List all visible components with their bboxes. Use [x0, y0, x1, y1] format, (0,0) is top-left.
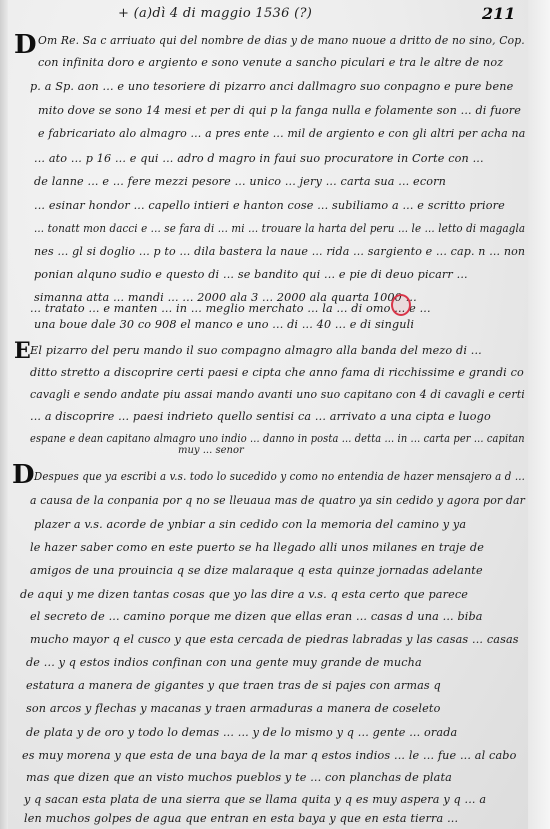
p1-line: una boue dale 30 co 908 el manco e uno .… — [34, 318, 414, 331]
p2-line: ditto stretto a discoprire certi paesi e… — [30, 366, 524, 379]
p1-line: con infinita doro e argiento e sono venu… — [38, 56, 503, 69]
p3-line: y q sacan esta plata de una sierra que s… — [24, 793, 486, 806]
p2-line: espane e dean capitano almagro uno indio… — [30, 432, 525, 445]
p3-line: de aqui y me dizen tantas cosas que yo l… — [20, 588, 468, 601]
p1-line: Om Re. Sa c arriuato qui del nombre de d… — [38, 34, 525, 47]
p3-line: de plata y de oro y todo lo demas ... ..… — [26, 726, 457, 739]
p1-line: e fabricariato alo almagro ... a pres en… — [38, 127, 525, 140]
page-edge-left — [0, 0, 8, 829]
p3-line: estatura a manera de gigantes y que trae… — [26, 679, 441, 692]
p1-line: p. a Sp. aon ... e uno tesoriere di piza… — [30, 80, 513, 93]
p3-line: son arcos y flechas y macanas y traen ar… — [26, 702, 440, 715]
p2-line: cavagli e sendo andate piu assai mando a… — [30, 388, 525, 401]
p3-line: de ... y q estos indios confinan con una… — [26, 656, 422, 669]
p3-line: a causa de la conpania por q no se lleua… — [30, 494, 525, 507]
dropcap-2: E — [14, 338, 31, 364]
p2-line: ... a discoprire ... paesi indrieto quel… — [30, 410, 491, 423]
p3-line: el secreto de ... camino porque me dizen… — [30, 610, 483, 623]
p3-line: mucho mayor q el cusco y que esta cercad… — [30, 633, 519, 646]
p3-line: len muchos golpes de agua que entran en … — [24, 812, 458, 825]
p3-line: amigos de una prouincia q se dize malara… — [30, 564, 483, 577]
dropcap-1: D — [14, 30, 37, 60]
p1-line: ponian alquno sudio e questo di ... se b… — [34, 268, 468, 281]
p3-line: le hazer saber como en este puerto se ha… — [30, 541, 484, 554]
p3-line: mas que dizen que an visto muchos pueblo… — [26, 771, 452, 784]
p3-line: Despues que ya escribi a v.s. todo lo su… — [34, 470, 525, 483]
annotation-circle-marker[interactable] — [391, 294, 411, 316]
p1-line: ... tonatt mon dacci e ... se fara di ..… — [34, 222, 525, 235]
date-header: + (a)dì 4 di maggio 1536 (?) — [118, 6, 312, 21]
closing-salutation: muy ... senor — [178, 445, 244, 456]
manuscript-page: + (a)dì 4 di maggio 1536 (?) 211 D Om Re… — [0, 0, 550, 829]
p1-line: ... esinar hondor ... capello intieri e … — [34, 199, 505, 212]
dropcap-3: D — [12, 460, 35, 490]
p3-line: plazer a v.s. acorde de ynbiar a sin ced… — [34, 518, 466, 531]
p1-line: ... tratato ... e manten ... in ... megl… — [30, 302, 431, 315]
page-edge-right — [528, 0, 550, 829]
p3-line: es muy morena y que esta de una baya de … — [22, 749, 517, 762]
folio-number: 211 — [482, 4, 515, 23]
p1-line: ... ato ... p 16 ... e qui ... adro d ma… — [34, 152, 484, 165]
p1-line: de lanne ... e ... fere mezzi pesore ...… — [34, 175, 446, 188]
p2-line: El pizarro del peru mando il suo compagn… — [30, 344, 482, 357]
p1-line: nes ... gl si doglio ... p to ... dila b… — [34, 245, 525, 258]
p1-line: mito dove se sono 14 mesi et per di qui … — [38, 104, 521, 117]
